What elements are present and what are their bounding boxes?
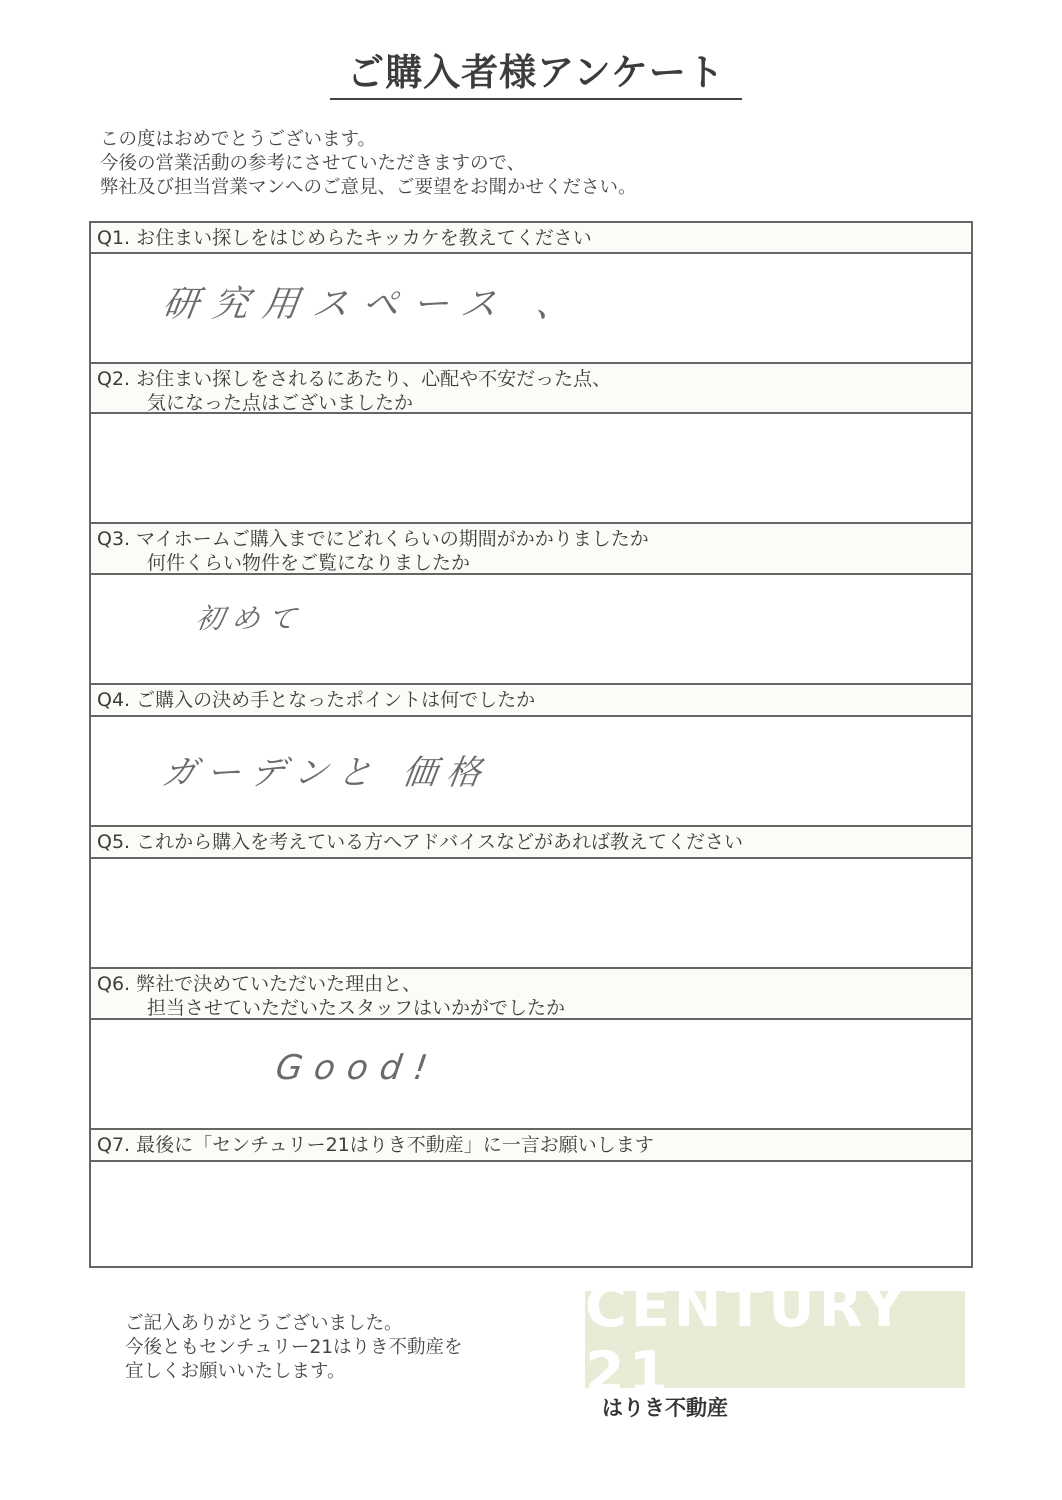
question-q7: Q7. 最後に「センチュリー21はりき不動産」に一言お願いします: [91, 1130, 971, 1162]
question-text: これから購入を考えている方へアドバイスなどがあれば教えてください: [136, 831, 743, 853]
question-q1: Q1. お住まい探しをはじめらたキッカケを教えてください: [91, 223, 971, 254]
question-number: Q1.: [97, 227, 130, 249]
question-text: 最後に「センチュリー21はりき不動産」に一言お願いします: [136, 1134, 654, 1156]
survey-table: Q1. お住まい探しをはじめらたキッカケを教えてください 研究用スペース 、 Q…: [89, 221, 973, 1268]
closing-line: 宜しくお願いいたします。: [125, 1360, 463, 1384]
question-q2: Q2. お住まい探しをされるにあたり、心配や不安だった点、 気になった点はござい…: [91, 364, 971, 414]
question-number: Q7.: [97, 1134, 130, 1156]
century21-logo: CENTURY 21: [585, 1291, 965, 1388]
question-q3: Q3. マイホームご購入までにどれくらいの期間がかかりましたか 何件くらい物件を…: [91, 524, 971, 575]
question-text: 弊社で決めていただいた理由と、: [136, 973, 421, 995]
question-text: マイホームご購入までにどれくらいの期間がかかりましたか: [136, 528, 649, 550]
handwritten-answer: 初めて: [193, 597, 307, 637]
question-text-line2: 担当させていただいたスタッフはいかがでしたか: [97, 996, 971, 1020]
question-text: お住まい探しをされるにあたり、心配や不安だった点、: [136, 368, 611, 390]
answer-q3[interactable]: 初めて: [91, 575, 971, 685]
answer-q7[interactable]: [91, 1162, 971, 1266]
question-text-line2: 気になった点はございましたか: [97, 391, 971, 415]
intro-line: この度はおめでとうございます。: [100, 128, 637, 152]
logo-brand: CENTURY 21: [585, 1274, 965, 1406]
question-number: Q2.: [97, 368, 130, 390]
answer-q6[interactable]: Good!: [91, 1020, 971, 1130]
answer-q5[interactable]: [91, 859, 971, 969]
answer-q1[interactable]: 研究用スペース 、: [91, 254, 971, 364]
question-text-line2: 何件くらい物件をご覧になりましたか: [97, 551, 971, 575]
question-number: Q5.: [97, 831, 130, 853]
question-q4: Q4. ご購入の決め手となったポイントは何でしたか: [91, 685, 971, 717]
intro-text: この度はおめでとうございます。 今後の営業活動の参考にさせていただきますので、 …: [100, 128, 637, 200]
question-text: お住まい探しをはじめらたキッカケを教えてください: [136, 227, 592, 249]
page-title: ご購入者様アンケート: [330, 48, 742, 100]
answer-q4[interactable]: ガーデンと 価格: [91, 717, 971, 827]
question-q6: Q6. 弊社で決めていただいた理由と、 担当させていただいたスタッフはいかがでし…: [91, 969, 971, 1020]
handwritten-answer: 研究用スペース 、: [159, 276, 590, 327]
handwritten-answer: ガーデンと 価格: [160, 745, 495, 794]
closing-line: 今後ともセンチュリー21はりき不動産を: [125, 1336, 463, 1360]
intro-line: 今後の営業活動の参考にさせていただきますので、: [100, 152, 637, 176]
question-number: Q4.: [97, 689, 130, 711]
answer-q2[interactable]: [91, 414, 971, 524]
intro-line: 弊社及び担当営業マンへのご意見、ご要望をお聞かせください。: [100, 176, 637, 200]
question-text: ご購入の決め手となったポイントは何でしたか: [136, 689, 535, 711]
closing-text: ご記入ありがとうございました。 今後ともセンチュリー21はりき不動産を 宜しくお…: [125, 1312, 463, 1384]
question-q5: Q5. これから購入を考えている方へアドバイスなどがあれば教えてください: [91, 827, 971, 859]
question-number: Q3.: [97, 528, 130, 550]
logo-company-name: はりき不動産: [602, 1392, 728, 1422]
closing-line: ご記入ありがとうございました。: [125, 1312, 463, 1336]
handwritten-answer: Good!: [273, 1048, 442, 1088]
question-number: Q6.: [97, 973, 130, 995]
